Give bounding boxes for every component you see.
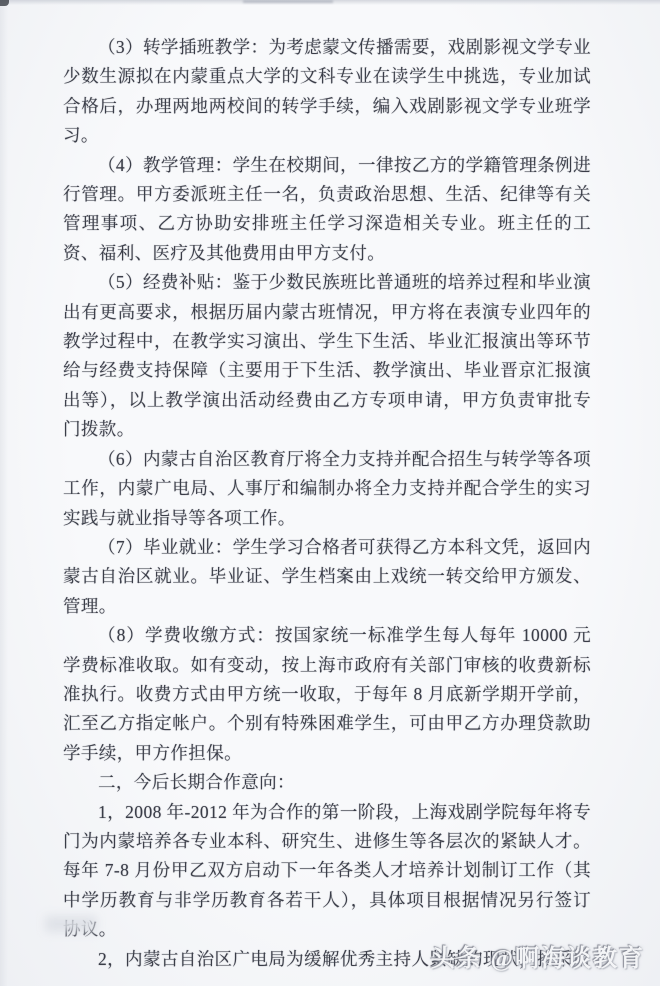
paragraph-item-3-transfer-teaching: （3）转学插班教学：为考虑蒙文传播需要，戏剧影视文学专业少数生源拟在内蒙重点大学… [63,33,591,151]
paragraph-item-6-education-department-support: （6）内蒙古自治区教育厅将全力支持并配合招生与转学等各项工作，内蒙广电局、人事厅… [63,445,591,533]
paragraph-item-4-teaching-management: （4）教学管理：学生在校期间，一律按乙方的学籍管理条例进行管理。甲方委派班主任一… [63,151,591,269]
paragraph-item-phase-one-plan: 1，2008 年-2012 年为合作的第一阶段，上海戏剧学院每年将专门为内蒙培养… [63,798,591,945]
paragraph-item-8-tuition-collection: （8）学费收缴方式：按国家统一标准学生每人每年 10000 元学费标准收取。如有… [63,621,591,768]
paragraph-item-5-funding-subsidy: （5）经费补贴：鉴于少数民族班比普通班的培养过程和毕业演出有更高要求，根据历届内… [63,268,591,444]
document-body: （3）转学插班教学：为考虑蒙文传播需要，戏剧影视文学专业少数生源拟在内蒙重点大学… [63,33,591,974]
page-corner-shadow [0,0,9,6]
document-page: （3）转学插班教学：为考虑蒙文传播需要，戏剧影视文学专业少数生源拟在内蒙重点大学… [0,0,660,986]
scan-smudge [45,916,97,932]
section-heading-long-term-cooperation: 二，今后长期合作意向： [63,768,591,797]
toutiao-watermark: 头条 @啊海谈教育 [431,938,645,973]
scan-edge-artifact [243,0,333,3]
paragraph-item-7-graduation-employment: （7）毕业就业：学生学习合格者可获得乙方本科文凭，返回内蒙古自治区就业。毕业证、… [63,533,591,621]
